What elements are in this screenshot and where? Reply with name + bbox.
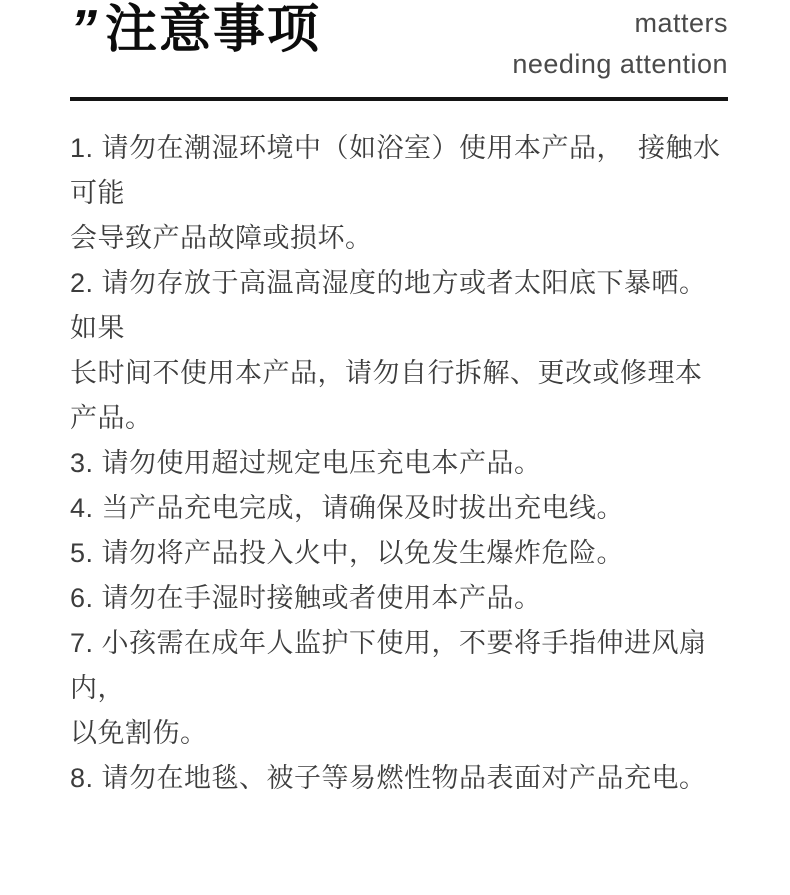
- notice-item: 5. 请勿将产品投入火中，以免发生爆炸危险。: [70, 531, 728, 576]
- notice-item: 7. 小孩需在成年人监护下使用，不要将手指伸进风扇内， 以免割伤。: [70, 621, 728, 756]
- notice-item: 1. 请勿在潮湿环境中（如浴室）使用本产品， 接触水可能 会导致产品故障或损坏。: [70, 126, 728, 261]
- header: ”注意事项 matters needing attention: [70, 0, 728, 85]
- notice-item: 6. 请勿在手湿时接触或者使用本产品。: [70, 576, 728, 621]
- notice-page: ”注意事项 matters needing attention 1. 请勿在潮湿…: [0, 0, 790, 895]
- page-subtitle: matters needing attention: [512, 2, 728, 85]
- notice-list: 1. 请勿在潮湿环境中（如浴室）使用本产品， 接触水可能 会导致产品故障或损坏。…: [70, 126, 728, 801]
- quote-mark-icon: ”: [70, 2, 97, 56]
- notice-item: 3. 请勿使用超过规定电压充电本产品。: [70, 441, 728, 486]
- title-divider: [70, 97, 728, 101]
- notice-item: 4. 当产品充电完成，请确保及时拔出充电线。: [70, 486, 728, 531]
- page-title-text: 注意事项: [105, 2, 321, 58]
- page-title: ”注意事项: [70, 2, 321, 58]
- notice-item: 2. 请勿存放于高温高湿度的地方或者太阳底下暴晒。如果 长时间不使用本产品，请勿…: [70, 261, 728, 441]
- subtitle-line-2: needing attention: [512, 44, 728, 85]
- subtitle-line-1: matters: [512, 3, 728, 44]
- notice-item: 8. 请勿在地毯、被子等易燃性物品表面对产品充电。: [70, 756, 728, 801]
